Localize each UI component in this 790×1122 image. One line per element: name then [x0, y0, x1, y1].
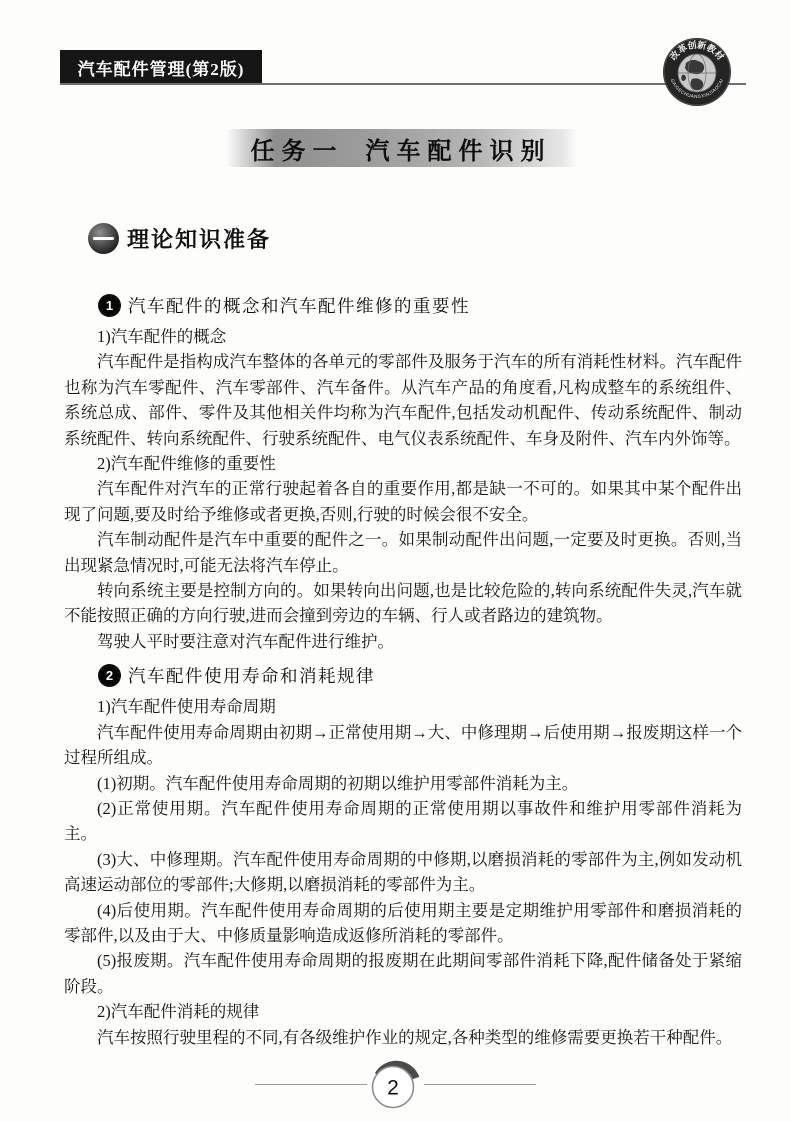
task-title: 汽车配件识别 [366, 131, 552, 166]
content-paragraph: 1)汽车配件使用寿命周期 [64, 694, 742, 719]
content-paragraph: 2)汽车配件消耗的规律 [64, 999, 742, 1024]
section-title: 理论知识准备 [127, 223, 271, 254]
page-body-content: 1汽车配件的概念和汽车配件维修的重要性1)汽车配件的概念汽车配件是指构成汽车整体… [64, 284, 742, 1050]
content-paragraph: 1)汽车配件的概念 [64, 324, 742, 349]
content-paragraph: 汽车制动配件是汽车中重要的配件之一。如果制动配件出问题,一定要及时更换。否则,当… [64, 527, 742, 578]
coin-dash-glyph [93, 237, 114, 240]
section-heading: 理论知识准备 [88, 223, 271, 254]
numbered-section-heading-text: 汽车配件的概念和汽车配件维修的重要性 [128, 293, 470, 318]
content-paragraph: (5)报废期。汽车配件使用寿命周期的报废期在此期间零部件消耗下降,配件储备处于紧… [64, 948, 742, 999]
globe-icon: 改革创新教材 GAIGECHUANGXINJIAOCAI [662, 37, 732, 107]
content-paragraph: (4)后使用期。汽车配件使用寿命周期的后使用期主要是定期维护用零部件和磨损消耗的… [64, 898, 742, 949]
task-number: 任务一 [251, 131, 344, 166]
section-coin-icon [88, 223, 119, 254]
numbered-section-heading-text: 汽车配件使用寿命和消耗规律 [128, 663, 375, 688]
content-paragraph: 汽车配件对汽车的正常行驶起着各自的重要作用,都是缺一不可的。如果其中某个配件出现… [64, 476, 742, 527]
section-number-badge-icon: 1 [98, 294, 121, 317]
page-footer: 2 [0, 1056, 790, 1112]
content-paragraph: (2)正常使用期。汽车配件使用寿命周期的正常使用期以事故件和维护用零部件消耗为主… [64, 796, 742, 847]
header-rule [60, 83, 746, 85]
content-paragraph: 汽车配件是指构成汽车整体的各单元的零部件及服务于汽车的所有消耗性材料。汽车配件也… [64, 349, 742, 451]
publisher-seal-logo: 改革创新教材 GAIGECHUANGXINJIAOCAI [662, 37, 732, 107]
task-banner: 任务一 汽车配件识别 [226, 129, 576, 167]
content-paragraph: 转向系统主要是控制方向的。如果转向出问题,也是比较危险的,转向系统配件失灵,汽车… [64, 578, 742, 629]
numbered-section-heading: 2汽车配件使用寿命和消耗规律 [98, 661, 742, 689]
footer-rule-left [255, 1084, 367, 1085]
content-paragraph: 驾驶人平时要注意对汽车配件进行维护。 [64, 629, 742, 654]
content-paragraph: (3)大、中修理期。汽车配件使用寿命周期的中修期,以磨损消耗的零部件为主,例如发… [64, 847, 742, 898]
textbook-page: 汽车配件管理(第2版) 改革创新教材 GAIGECHUANGXINJIAOCAI [0, 0, 790, 1122]
book-title: 汽车配件管理(第2版) [78, 55, 245, 80]
footer-rule-right [424, 1084, 536, 1085]
content-paragraph: (1)初期。汽车配件使用寿命周期的初期以维护用零部件消耗为主。 [64, 771, 742, 796]
page-number: 2 [387, 1077, 399, 1100]
section-number-badge-icon: 2 [98, 664, 121, 687]
content-paragraph: 汽车按照行驶里程的不同,有各级维护作业的规定,各种类型的维修需要更换若干种配件。 [64, 1025, 742, 1050]
numbered-section-heading: 1汽车配件的概念和汽车配件维修的重要性 [98, 291, 742, 319]
running-head-title: 汽车配件管理(第2版) [60, 50, 262, 84]
page-number-badge: 2 [369, 1058, 421, 1117]
content-paragraph: 2)汽车配件维修的重要性 [64, 451, 742, 476]
content-paragraph: 汽车配件使用寿命周期由初期→正常使用期→大、中修理期→后使用期→报废期这样一个过… [64, 720, 742, 771]
page-number-circle-icon: 2 [369, 1058, 421, 1112]
